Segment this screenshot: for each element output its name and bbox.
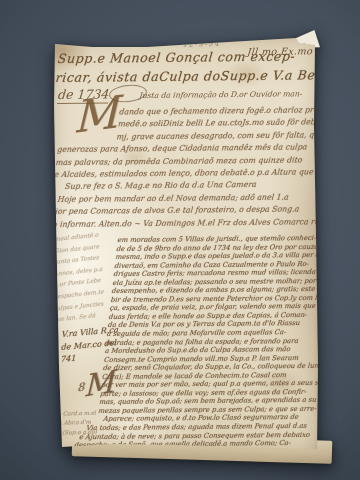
paper-stack: 12-9-94 3 Jll.mo Ex.mo Snr. Supp.e Manoe…: [0, 0, 360, 480]
paragraph-one: dando que o fechamento dizera fogê.o cha…: [52, 104, 314, 231]
margin-annotations: maal adiantê.oGion das quareJunta os Tes…: [53, 229, 115, 328]
photograph-of-manuscript: 12-9-94 3 Jll.mo Ex.mo Snr. Supp.e Manoe…: [0, 0, 360, 480]
header-line: Supp.e Manoel Gonçal com excep-: [57, 45, 318, 68]
manuscript-line: o informar. Alten.do ~ Va Domingos M.el …: [52, 216, 302, 231]
manuscript-page: 12-9-94 3 Jll.mo Ex.mo Snr. Supp.e Manoe…: [52, 36, 318, 454]
monogram-prefix: 8: [78, 380, 86, 394]
main-text-block: em moradas com 5 Villas de jurisdi., que…: [93, 234, 312, 454]
justa-line: Justa da informação do D.or Ouvidor man-: [139, 89, 303, 100]
header-lines: Supp.e Manoel Gonçal com excep-ricar, áv…: [55, 45, 318, 87]
header-line: ricar, ávista daCulpa doSupp.e V.a Bella…: [55, 64, 318, 87]
